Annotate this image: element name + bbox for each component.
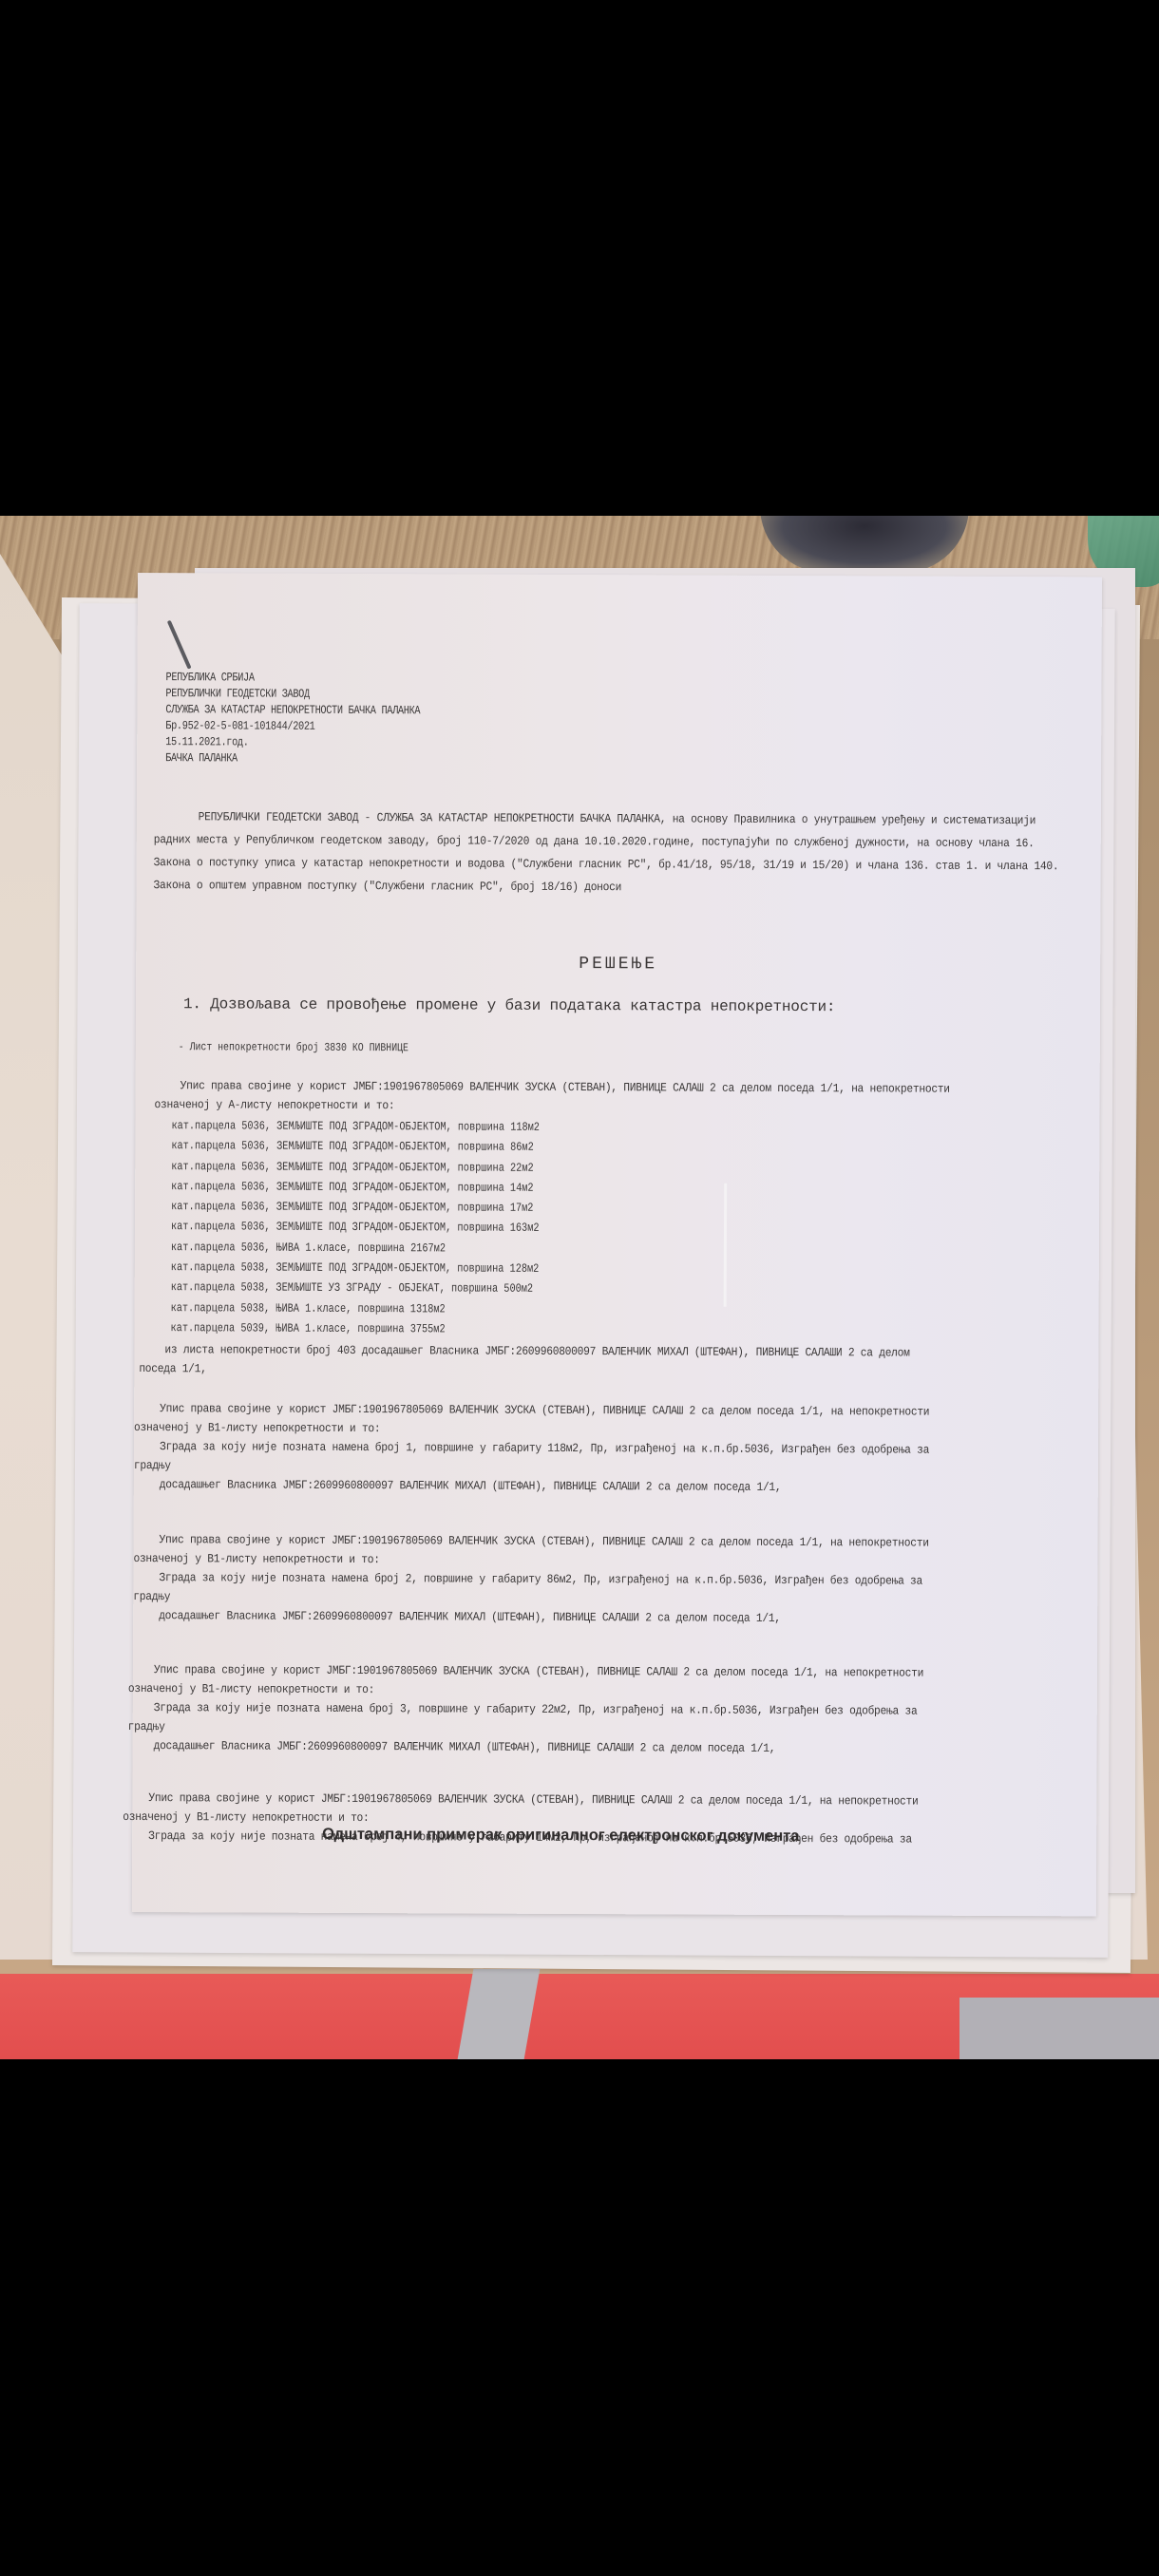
parcel-list: кат.парцела 5036, ЗЕМЉИШТЕ ПОД ЗГРАДОМ-О… [170, 1116, 540, 1340]
parcel-row: кат.парцела 5036, ЗЕМЉИШТЕ ПОД ЗГРАДОМ-О… [171, 1218, 540, 1240]
parcel-row: кат.парцела 5036, ЗЕМЉИШТЕ ПОД ЗГРАДОМ-О… [171, 1136, 540, 1158]
header-line: 15.11.2021.год. [165, 734, 420, 751]
document-photo: РЕПУБЛИКА СРБИЈА РЕПУБЛИЧКИ ГЕОДЕТСКИ ЗА… [0, 516, 1159, 2059]
point-one-heading: 1. Дозвољава се провођење промене у бази… [183, 995, 835, 1015]
parcel-row: кат.парцела 5038, ЗЕМЉИШТЕ УЗ ЗГРАДУ - О… [171, 1279, 540, 1300]
building-entry-1: Упис права својине у корист ЈМБГ:1901967… [134, 1399, 930, 1498]
paper-crease [724, 1184, 728, 1307]
parcel-row: кат.парцела 5036, ЗЕМЉИШТЕ ПОД ЗГРАДОМ-О… [171, 1197, 540, 1219]
grey-fabric-right [959, 1998, 1159, 2059]
building-entry-3: Упис права својине у корист ЈМБГ:1901967… [128, 1660, 924, 1759]
printed-copy-note: Одштампани примерак оригиналног електрон… [322, 1826, 799, 1846]
header-line: РЕПУБЛИЧКИ ГЕОДЕТСКИ ЗАВОД [165, 686, 420, 703]
header-line: БАЧКА ПАЛАНКА [165, 750, 420, 767]
document-header: РЕПУБЛИКА СРБИЈА РЕПУБЛИЧКИ ГЕОДЕТСКИ ЗА… [165, 670, 420, 767]
document-page: РЕПУБЛИКА СРБИЈА РЕПУБЛИЧКИ ГЕОДЕТСКИ ЗА… [132, 573, 1102, 1916]
document-title: РЕШЕЊЕ [136, 953, 1100, 975]
building-entry-2: Упис права својине у корист ЈМБГ:1901967… [133, 1530, 929, 1629]
header-line: СЛУЖБА ЗА КАТАСТАР НЕПОКРЕТНОСТИ БАЧКА П… [165, 702, 420, 719]
header-line: Бр.952-02-5-081-101844/2021 [165, 718, 420, 735]
header-line: РЕПУБЛИКА СРБИЈА [165, 670, 420, 687]
parcel-row: кат.парцела 5036, ЗЕМЉИШТЕ ПОД ЗГРАДОМ-О… [171, 1177, 540, 1199]
section-a-intro: Упис права својине у корист ЈМБГ:1901967… [155, 1076, 950, 1118]
parcel-row: кат.парцела 5036, ЗЕМЉИШТЕ ПОД ЗГРАДОМ-О… [171, 1157, 540, 1179]
parcel-row: кат.парцела 5036, ЊИВА 1.класе, површина… [171, 1238, 540, 1260]
property-list-number: - Лист непокретности број 3830 КО ПИВНИЦ… [179, 1040, 408, 1054]
staple-icon [167, 620, 192, 670]
parcel-row: кат.парцела 5039, ЊИВА 1.класе, површина… [170, 1318, 539, 1340]
parcel-row: кат.парцела 5036, ЗЕМЉИШТЕ ПОД ЗГРАДОМ-О… [171, 1116, 540, 1138]
intro-paragraph: РЕПУБЛИЧКИ ГЕОДЕТСКИ ЗАВОД - СЛУЖБА ЗА К… [154, 805, 1060, 900]
parcel-row: кат.парцела 5038, ЊИВА 1.класе, површина… [171, 1298, 540, 1320]
previous-owner-a: из листа непокретности број 403 досадашњ… [139, 1340, 909, 1382]
parcel-row: кат.парцела 5038, ЗЕМЉИШТЕ ПОД ЗГРАДОМ-О… [171, 1258, 540, 1279]
